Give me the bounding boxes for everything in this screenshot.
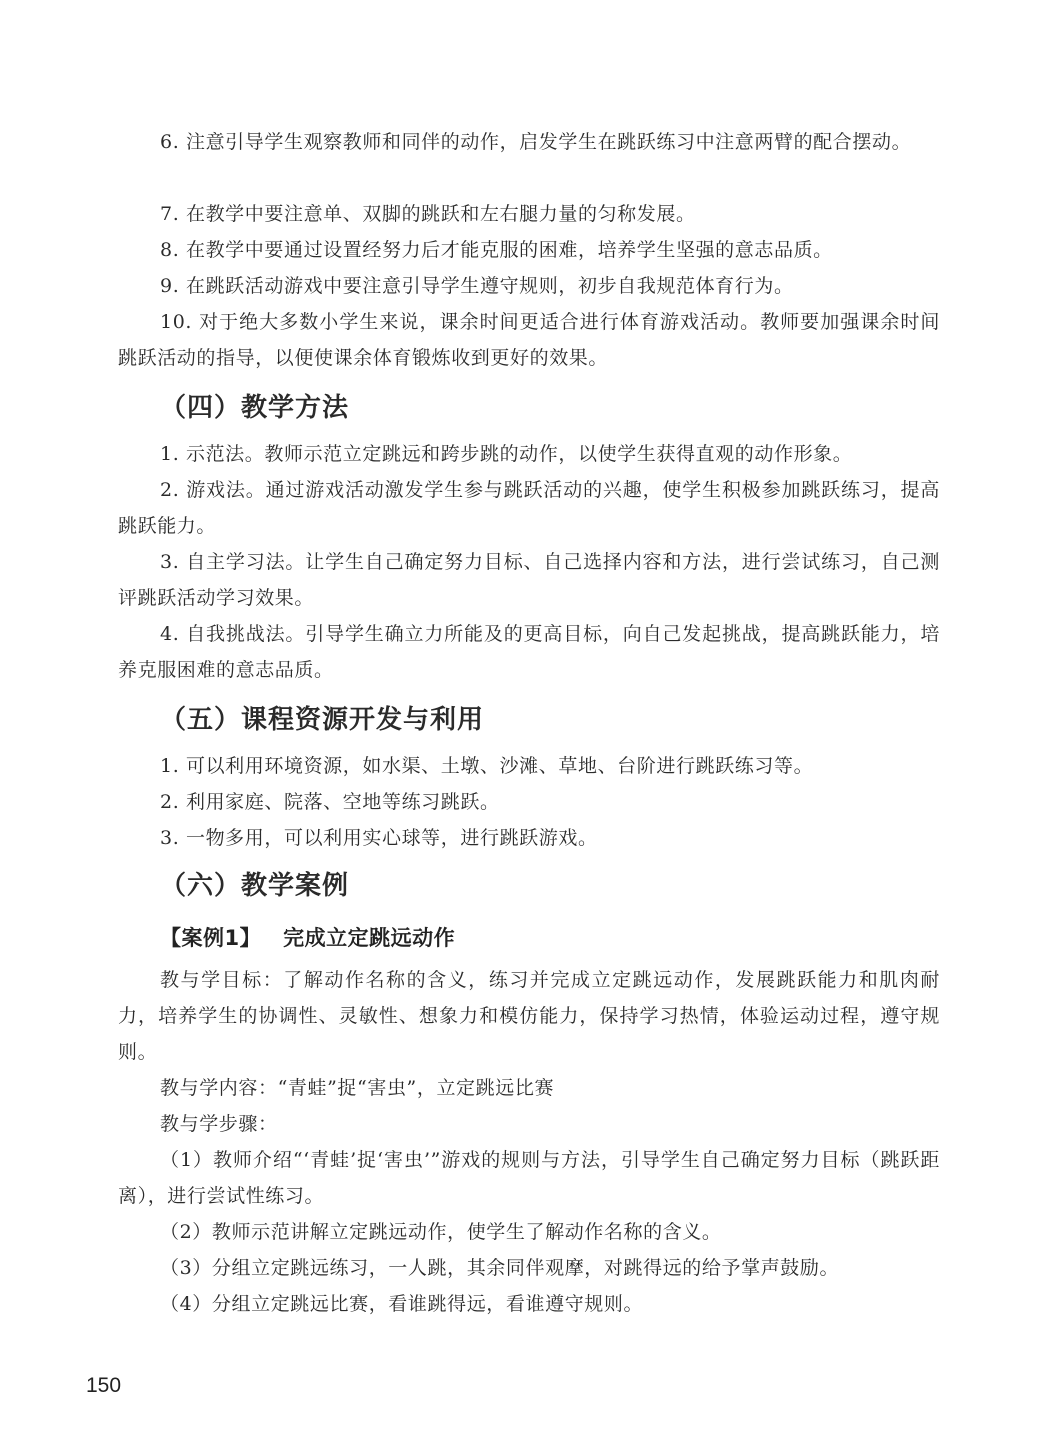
case-content: 教与学内容：“青蛙”捉“害虫”，立定跳远比赛 [118,1070,940,1106]
method-item-3: 3. 自主学习法。让学生自己确定努力目标、自己选择内容和方法，进行尝试练习，自己… [118,544,940,616]
case-step-3: （3）分组立定跳远练习，一人跳，其余同伴观摩，对跳得远的给予掌声鼓励。 [118,1250,940,1286]
page-number: 150 [86,1374,121,1398]
case-step-2: （2）教师示范讲解立定跳远动作，使学生了解动作名称的含义。 [118,1214,940,1250]
document-page: 6. 注意引导学生观察教师和同伴的动作，启发学生在跳跃练习中注意两臂的配合摆动。… [0,0,1038,1452]
section-heading-teaching-cases: （六）教学案例 [160,868,349,904]
case-step-4: （4）分组立定跳远比赛，看谁跳得远，看谁遵守规则。 [118,1286,940,1322]
section-heading-teaching-methods: （四）教学方法 [160,390,349,426]
paragraph-6: 6. 注意引导学生观察教师和同伴的动作，启发学生在跳跃练习中注意两臂的配合摆动。 [118,124,940,160]
paragraph-7: 7. 在教学中要注意单、双脚的跳跃和左右腿力量的匀称发展。 [118,196,940,232]
case-title: 完成立定跳远动作 [283,926,455,950]
case-label: 【案例1】 [160,926,261,950]
section-heading-resources: （五）课程资源开发与利用 [160,702,484,738]
method-item-4: 4. 自我挑战法。引导学生确立力所能及的更高目标，向自己发起挑战，提高跳跃能力，… [118,616,940,688]
method-item-1: 1. 示范法。教师示范立定跳远和跨步跳的动作，以使学生获得直观的动作形象。 [118,436,940,472]
method-item-2: 2. 游戏法。通过游戏活动激发学生参与跳跃活动的兴趣，使学生积极参加跳跃练习，提… [118,472,940,544]
paragraph-9: 9. 在跳跃活动游戏中要注意引导学生遵守规则，初步自我规范体育行为。 [118,268,940,304]
paragraph-8: 8. 在教学中要通过设置经努力后才能克服的困难，培养学生坚强的意志品质。 [118,232,940,268]
case-step-1: （1）教师介绍“‘青蛙’捉‘害虫’”游戏的规则与方法，引导学生自己确定努力目标（… [118,1142,940,1214]
resource-item-2: 2. 利用家庭、院落、空地等练习跳跃。 [118,784,940,820]
paragraph-10: 10. 对于绝大多数小学生来说，课余时间更适合进行体育游戏活动。教师要加强课余时… [118,304,940,376]
resource-item-1: 1. 可以利用环境资源，如水渠、土墩、沙滩、草地、台阶进行跳跃练习等。 [118,748,940,784]
case-steps-label: 教与学步骤： [118,1106,940,1142]
resource-item-3: 3. 一物多用，可以利用实心球等，进行跳跃游戏。 [118,820,940,856]
case-heading: 【案例1】完成立定跳远动作 [160,920,455,956]
case-goal: 教与学目标：了解动作名称的含义，练习并完成立定跳远动作，发展跳跃能力和肌肉耐力，… [118,962,940,1070]
